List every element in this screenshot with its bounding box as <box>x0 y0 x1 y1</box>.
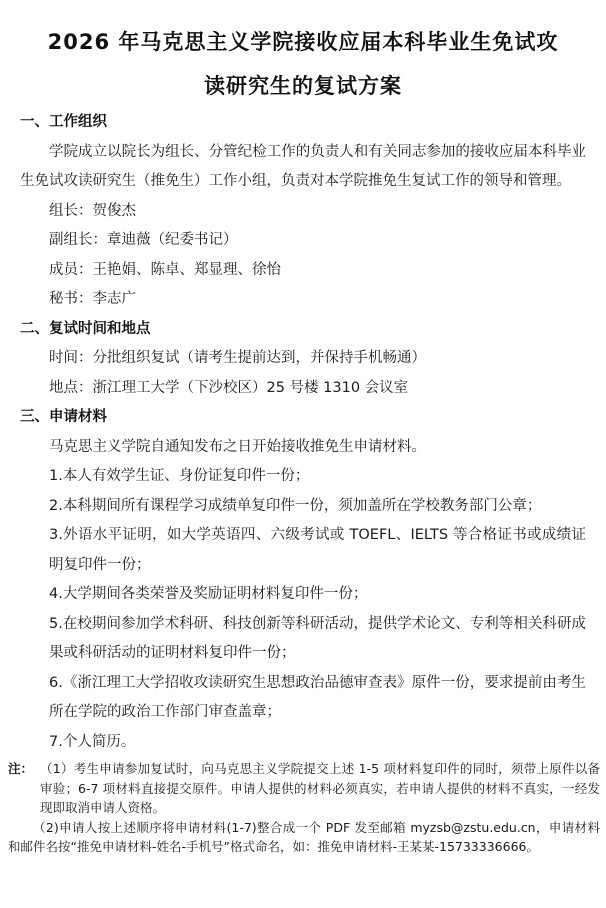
section-2-heading: 二、复试时间和地点 <box>20 315 586 345</box>
material-item-4: 4.大学期间各类荣誉及奖励证明材料复印件一份； <box>49 580 586 610</box>
member-line-leader: 组长：贺俊杰 <box>20 197 586 227</box>
interview-place-line: 地点：浙江理工大学（下沙校区）25 号楼 1310 会议室 <box>20 374 586 404</box>
section-1-heading: 一、工作组织 <box>20 108 586 138</box>
material-item-2: 2.本科期间所有课程学习成绩单复印件一份，须加盖所在学校教务部门公章； <box>49 492 586 522</box>
section-1-paragraph: 学院成立以院长为组长、分管纪检工作的负责人和有关同志参加的接收应届本科毕业生免试… <box>20 138 586 197</box>
document-title: 2026 年马克思主义学院接收应届本科毕业生免试攻 读研究生的复试方案 <box>20 20 586 108</box>
interview-time-line: 时间：分批组织复试（请考生提前达到，并保持手机畅通） <box>20 344 586 374</box>
material-item-3: 3.外语水平证明，如大学英语四、六级考试或 TOEFL、IELTS 等合格证书或… <box>49 521 586 580</box>
document-title-line-2: 读研究生的复试方案 <box>20 64 586 108</box>
member-line-secretary: 秘书：李志广 <box>20 285 586 315</box>
note-label: 注： <box>8 759 40 818</box>
note-1: 注： （1）考生申请参加复试时，向马克思主义学院提交上述 1-5 项材料复印件的… <box>8 759 600 818</box>
member-line-members: 成员：王艳娟、陈卓、郑显理、徐怡 <box>20 256 586 286</box>
section-3-heading: 三、申请材料 <box>20 403 586 433</box>
material-item-5: 5.在校期间参加学术科研、科技创新等科研活动，提供学术论文、专利等相关科研成果或… <box>49 610 586 669</box>
material-item-6: 6.《浙江理工大学招收攻读研究生思想政治品德审查表》原件一份，要求提前由考生所在… <box>49 669 586 728</box>
document-page: 2026 年马克思主义学院接收应届本科毕业生免试攻 读研究生的复试方案 一、工作… <box>0 0 606 908</box>
section-3-intro: 马克思主义学院自通知发布之日开始接收推免生申请材料。 <box>20 433 586 463</box>
material-item-1: 1.本人有效学生证、身份证复印件一份； <box>49 462 586 492</box>
member-line-deputy-leader: 副组长：章迪薇（纪委书记） <box>20 226 586 256</box>
application-materials-list: 1.本人有效学生证、身份证复印件一份； 2.本科期间所有课程学习成绩单复印件一份… <box>49 462 586 757</box>
note-1-text: （1）考生申请参加复试时，向马克思主义学院提交上述 1-5 项材料复印件的同时，… <box>40 759 600 818</box>
notes-block: 注： （1）考生申请参加复试时，向马克思主义学院提交上述 1-5 项材料复印件的… <box>8 759 600 857</box>
note-2-text: （2)申请人按上述顺序将申请材料(1-7)整合成一个 PDF 发至邮箱 myzs… <box>8 818 600 857</box>
document-title-line-1: 2026 年马克思主义学院接收应届本科毕业生免试攻 <box>20 20 586 64</box>
material-item-7: 7.个人简历。 <box>49 728 586 758</box>
